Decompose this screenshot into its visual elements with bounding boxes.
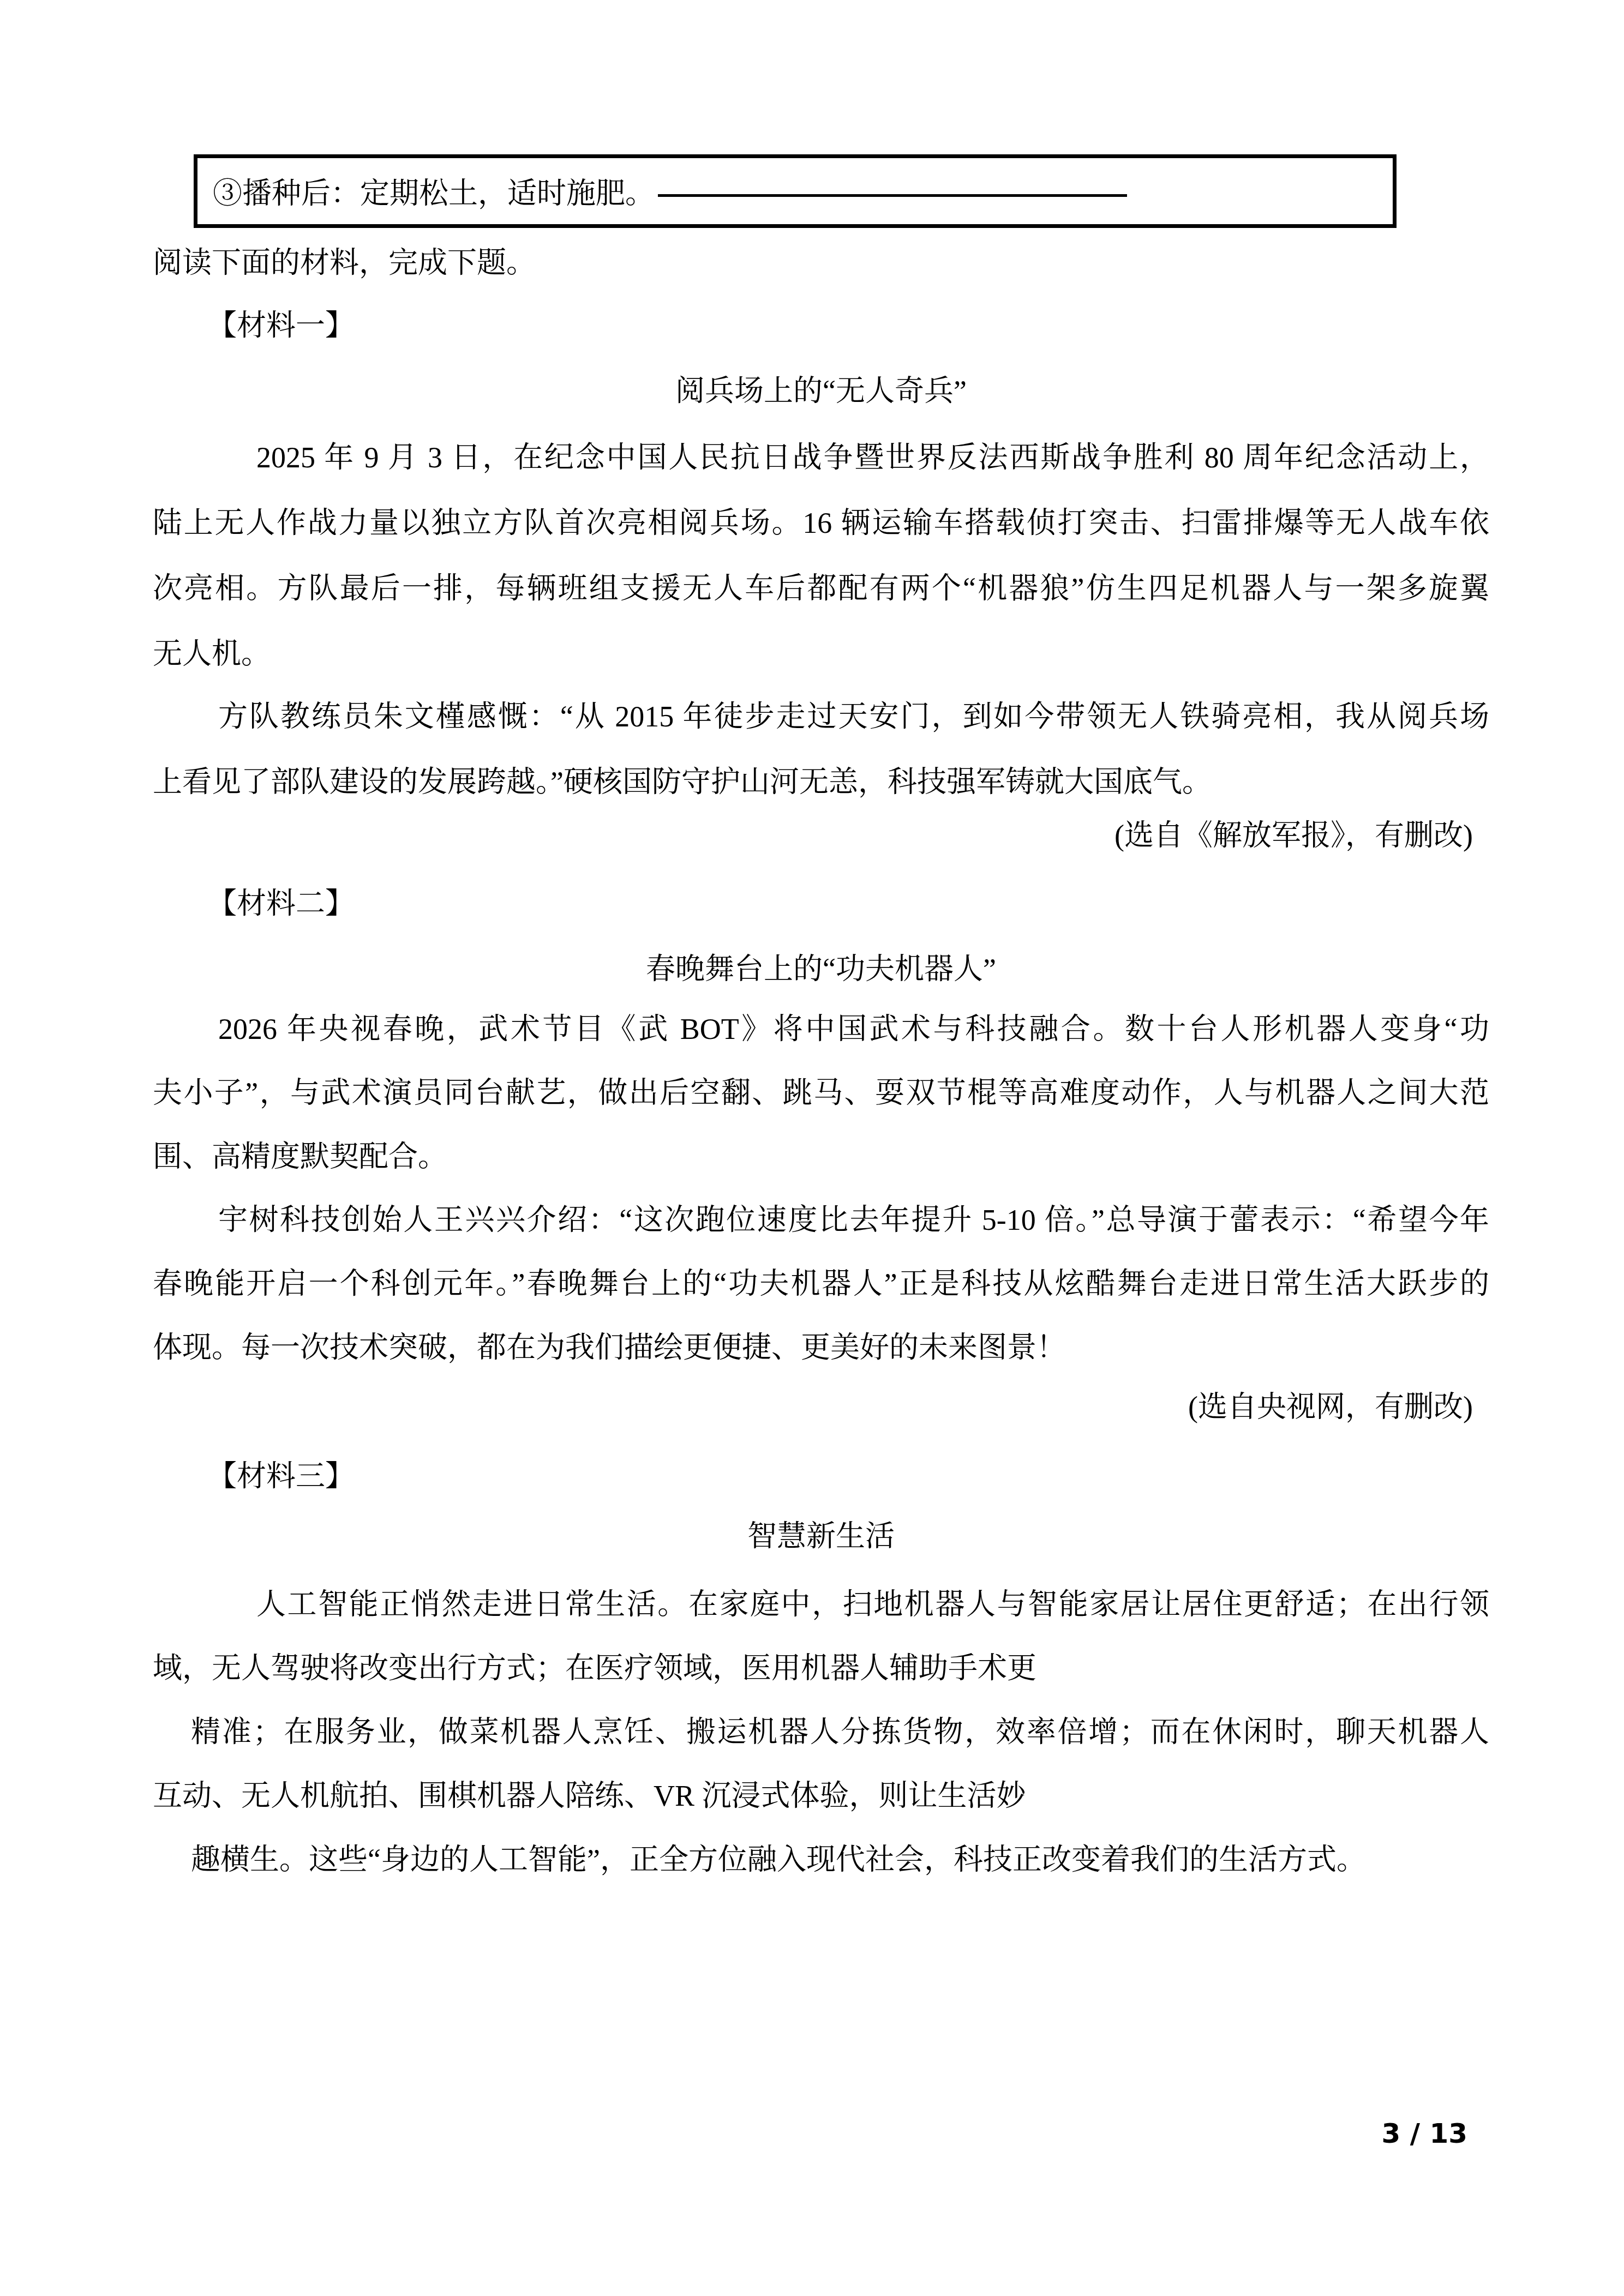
text-line: 春晚能开启一个科创元年。”春晚舞台上的“功夫机器人”正是科技从炫酷舞台走进日常生… — [153, 1252, 1489, 1316]
text-line: 次亮相。方队最后一排，每辆班组支援无人车后都配有两个“机器狼”仿生四足机器人与一… — [153, 556, 1489, 621]
text-line: 互动、无人机航拍、围棋机器人陪练、VR 沉浸式体验，则让生活妙 — [153, 1764, 1489, 1828]
material-1-paragraph-1: 2025 年 9 月 3 日，在纪念中国人民抗日战争暨世界反法西斯战争胜利 80… — [153, 425, 1489, 687]
material-2-title: 春晚舞台上的“功夫机器人” — [153, 937, 1489, 1001]
text-line: 陆上无人作战力量以独立方队首次亮相阅兵场。16 辆运输车搭载侦打突击、扫雷排爆等… — [153, 490, 1489, 556]
material-2-paragraph-2: 宇树科技创始人王兴兴介绍：“这次跑位速度比去年提升 5-10 倍。”总导演于蕾表… — [153, 1188, 1489, 1380]
material-1-source: (选自《解放军报》，有删改) — [153, 804, 1489, 868]
text-line: 人工智能正悄然走进日常生活。在家庭中，扫地机器人与智能家居让居住更舒适；在出行领 — [153, 1573, 1489, 1637]
text-line: 域，无人驾驶将改变出行方式；在医疗领域，医用机器人辅助手术更 — [153, 1637, 1489, 1700]
question-box-text: ③播种后：定期松土，适时施肥。 — [213, 170, 655, 212]
material-2-label: 【材料二】 — [207, 872, 1544, 936]
text-line: 体现。每一次技术突破，都在为我们描绘更便捷、更美好的未来图景！ — [153, 1316, 1489, 1380]
material-3-label: 【材料三】 — [207, 1445, 1544, 1508]
material-1-paragraph-2: 方队教练员朱文槿感慨：“从 2015 年徒步走过天安门，到如今带领无人铁骑亮相，… — [153, 684, 1489, 815]
text-line: 2025 年 9 月 3 日，在纪念中国人民抗日战争暨世界反法西斯战争胜利 80… — [153, 425, 1489, 490]
text-line: 宇树科技创始人王兴兴介绍：“这次跑位速度比去年提升 5-10 倍。”总导演于蕾表… — [153, 1188, 1489, 1252]
question-box: ③播种后：定期松土，适时施肥。 — [194, 154, 1397, 228]
document-page: ③播种后：定期松土，适时施肥。 阅读下面的材料，完成下题。 【材料一】 阅兵场上… — [0, 0, 1624, 2296]
text-line: 趣横生。这些“身边的人工智能”，正全方位融入现代社会，科技正改变着我们的生活方式… — [153, 1828, 1489, 1892]
material-1-title: 阅兵场上的“无人奇兵” — [153, 359, 1489, 423]
page-content: ③播种后：定期松土，适时施肥。 阅读下面的材料，完成下题。 【材料一】 阅兵场上… — [153, 0, 1489, 2296]
page-number: 3 / 13 — [153, 2114, 1489, 2153]
intro-instruction: 阅读下面的材料，完成下题。 — [153, 231, 1489, 295]
text-line: 夫小子”，与武术演员同台献艺，做出后空翻、跳马、耍双节棍等高难度动作，人与机器人… — [153, 1061, 1489, 1125]
text-line: 无人机。 — [153, 621, 1489, 687]
text-line: 2026 年央视春晚，武术节目《武 BOT》将中国武术与科技融合。数十台人形机器… — [153, 997, 1489, 1061]
text-line: 精准；在服务业，做菜机器人烹饪、搬运机器人分拣货物，效率倍增；而在休闲时，聊天机… — [153, 1700, 1489, 1764]
material-3-title: 智慧新生活 — [153, 1505, 1489, 1568]
text-line: 围、高精度默契配合。 — [153, 1125, 1489, 1189]
answer-blank-line — [658, 194, 1127, 197]
text-line: 方队教练员朱文槿感慨：“从 2015 年徒步走过天安门，到如今带领无人铁骑亮相，… — [153, 684, 1489, 749]
material-3-paragraph-1: 人工智能正悄然走进日常生活。在家庭中，扫地机器人与智能家居让居住更舒适；在出行领… — [153, 1573, 1489, 1892]
material-2-paragraph-1: 2026 年央视春晚，武术节目《武 BOT》将中国武术与科技融合。数十台人形机器… — [153, 997, 1489, 1189]
material-2-source: (选自央视网，有删改) — [153, 1375, 1489, 1439]
material-1-label: 【材料一】 — [207, 294, 1544, 358]
